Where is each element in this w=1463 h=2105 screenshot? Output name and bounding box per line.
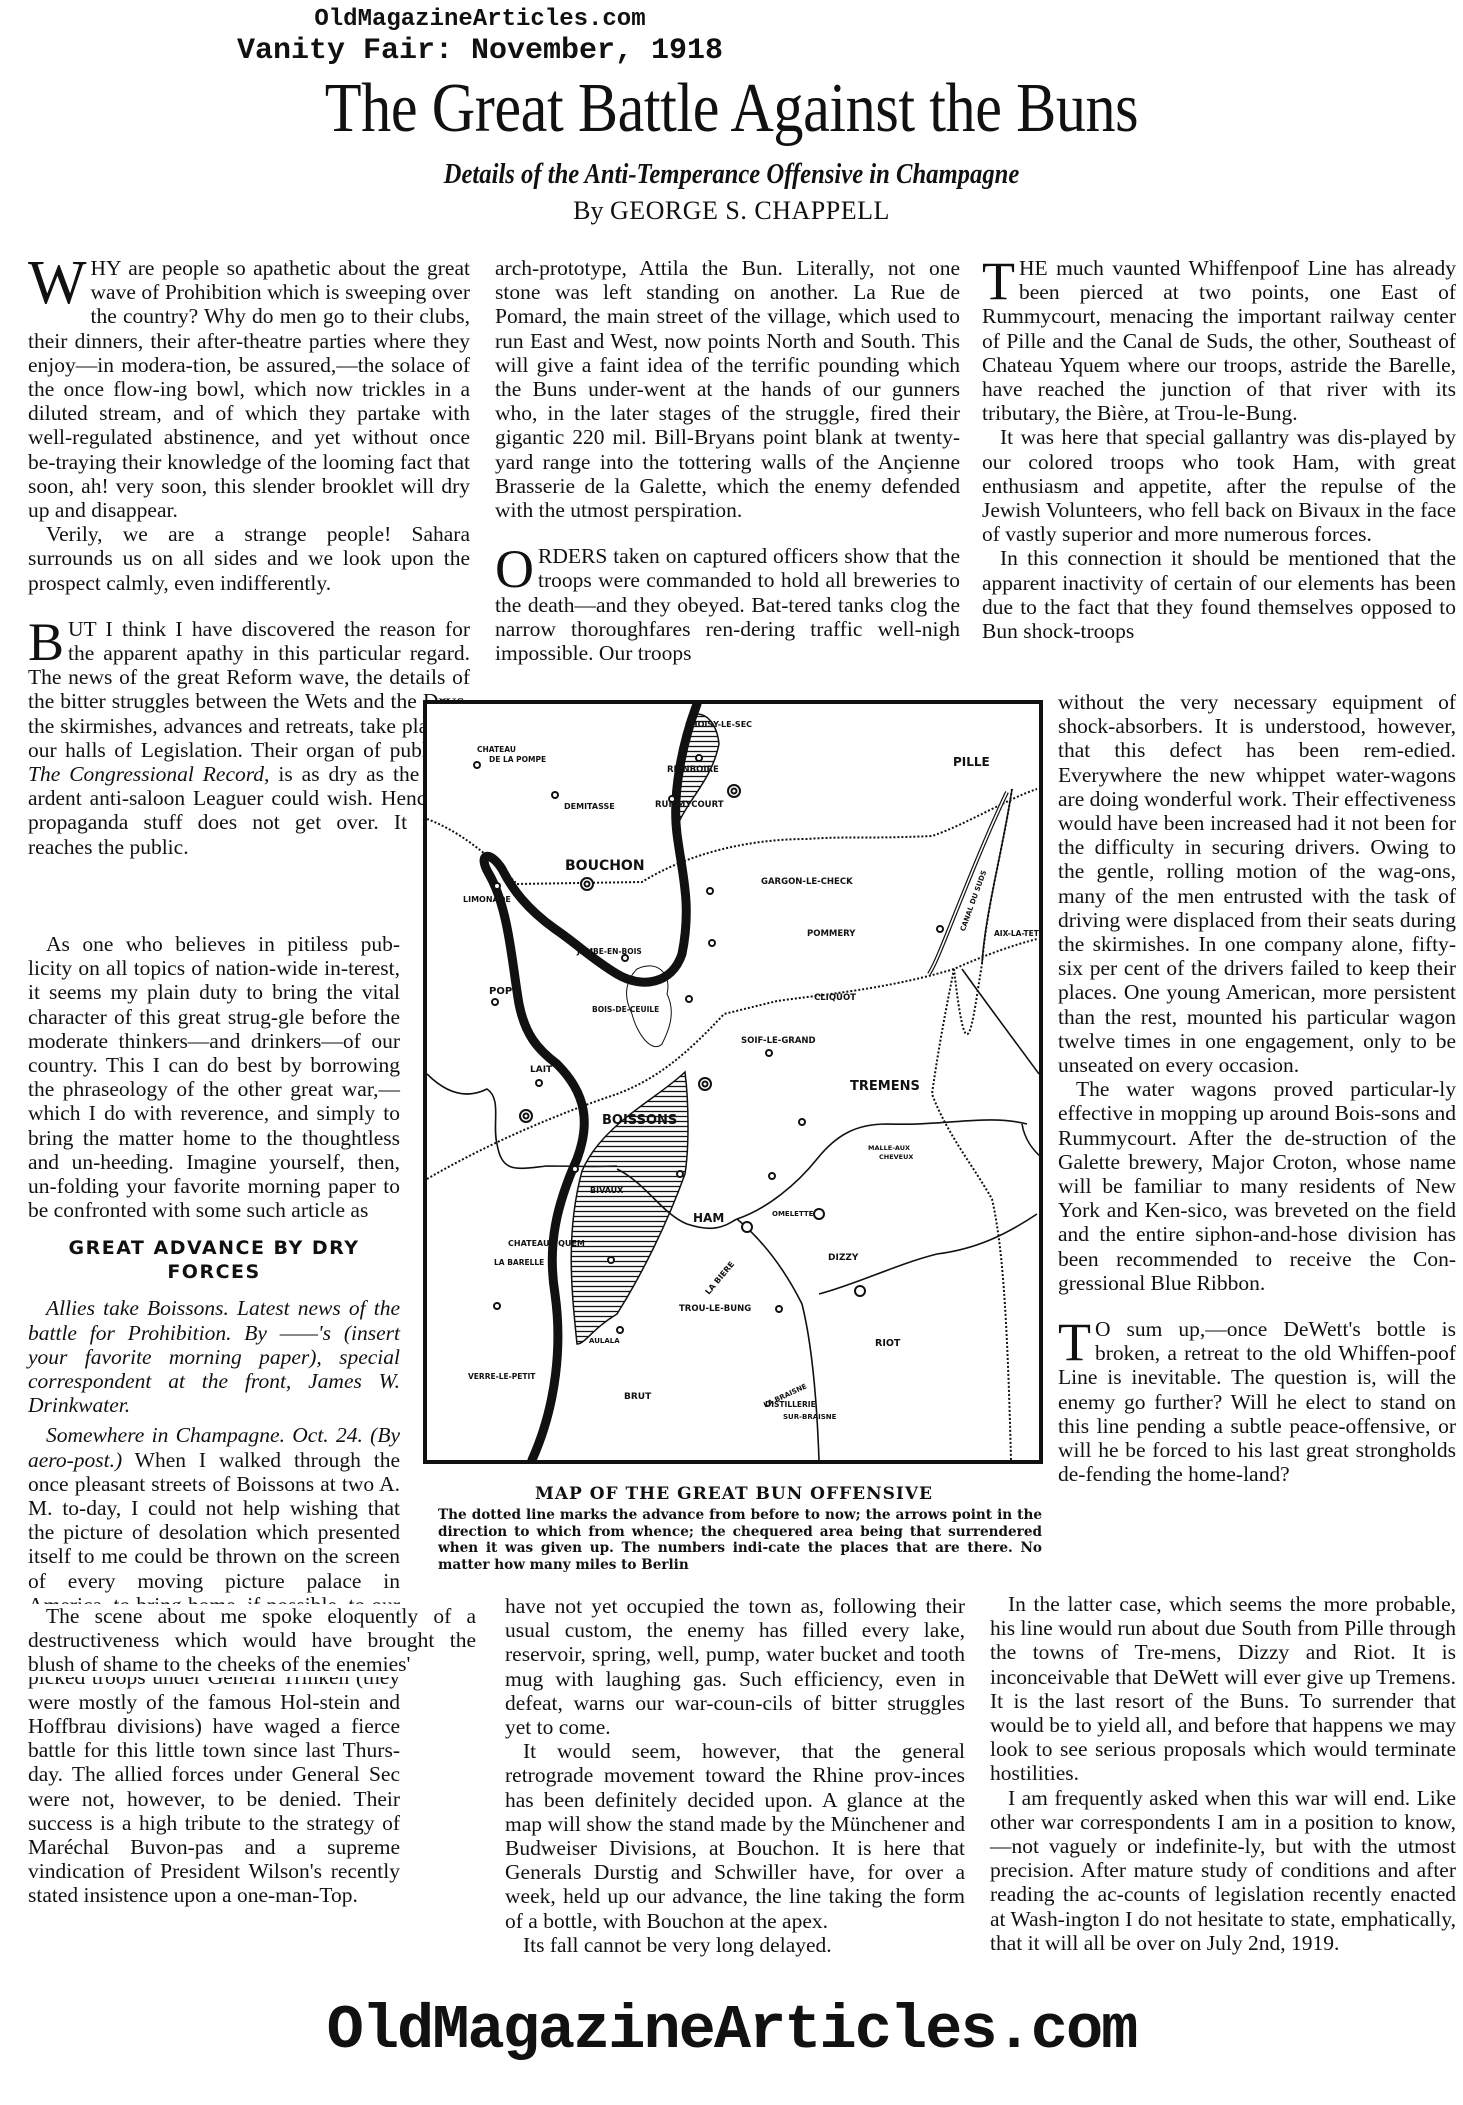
paragraph: without the very necessary equipment of … [1058,690,1456,1077]
map-label: BOIS-DE-CEUILE [592,1005,659,1014]
paragraph: Its fall cannot be very long delayed. [505,1933,965,1957]
publication-line: Vanity Fair: November, 1918 [0,34,960,68]
map-label: RIENBOIRE [667,765,719,775]
map-label: CHATEAU [477,745,516,754]
paragraph-text: HY are people so apathetic about the gre… [28,256,470,522]
drop-cap: W [28,258,91,308]
italic-text: The Congressional Record, [28,762,269,786]
section-headline: GREAT ADVANCE BY DRY FORCES [28,1236,400,1284]
paragraph: TO sum up,—once DeWett's bottle is broke… [1058,1317,1456,1486]
map-label: LIMONADE [463,895,511,904]
map-label: CHEVEUX [879,1153,913,1161]
map-label: DE LA POMPE [489,755,546,764]
drop-cap: T [982,258,1019,304]
map-label: DIZZY [828,1253,859,1263]
map-label: RUMMYCOURT [655,800,724,810]
drop-cap: O [495,546,538,592]
map-label: LA BIERE [703,1260,736,1297]
paragraph-text: UT I think I have discovered the reason … [28,617,470,762]
map-label: SOIF-LE-GRAND [741,1036,816,1046]
byline: By GEORGE S. CHAPPELL [0,196,1463,226]
site-watermark-top: OldMagazineArticles.com [0,6,960,33]
byline-author: GEORGE S. CHAPPELL [610,196,890,225]
column-1-top: WHY are people so apathetic about the gr… [28,256,470,859]
paragraph: have not yet occupied the town as, follo… [505,1594,965,1739]
article-title: The Great Battle Against the Buns [102,68,1360,150]
map-label: CANAL DU SUDS [959,869,988,932]
drop-cap: B [28,619,68,665]
paragraph: Verily, we are a strange people! Sahara … [28,522,470,595]
column-2-bottom: have not yet occupied the town as, follo… [505,1594,965,1957]
paragraph: As one who believes in pitiless pub-lici… [28,932,400,1222]
paragraph-text: O sum up,—once DeWett's bottle is broken… [1058,1317,1456,1486]
map-label: LAIT [530,1065,553,1075]
column-3-top: THE much vaunted Whiffenpoof Line has al… [982,256,1456,643]
paragraph: The scene about me spoke eloquently of a… [28,1604,476,1677]
map-label: BOISSONS [602,1113,677,1128]
paragraph: I am frequently asked when this war will… [990,1786,1456,1955]
paragraph: ORDERS taken on captured officers show t… [495,544,960,665]
map-label: HAM [693,1211,724,1225]
map-label: RIOT [875,1338,901,1349]
paragraph: In this connection it should be mentione… [982,546,1456,643]
map-label: VERRE-LE-PETIT [468,1372,536,1381]
map-caption-body: The dotted line marks the advance from b… [438,1507,1042,1573]
map-illustration: CHOISY-LE-SEC CHATEAU DE LA POMPE RIENBO… [427,704,1039,1460]
column-3-middle: without the very necessary equipment of … [1058,690,1456,1487]
map-label: BIVAUX [590,1186,624,1195]
paragraph: Allies take Boissons. Latest news of the… [28,1296,400,1417]
map-label: CHOISY-LE-SEC [685,720,752,729]
column-3-bottom: In the latter case, which seems the more… [990,1592,1456,1955]
map-label: MALLE-AUX [868,1144,910,1152]
map-caption-title: MAP OF THE GREAT BUN OFFENSIVE [423,1484,1045,1504]
paragraph-text: HE much vaunted Whiffenpoof Line has alr… [982,256,1456,425]
map-label: LA BARELLE [494,1258,544,1267]
map-label: JAMBE-EN-BOIS [576,947,642,956]
paragraph: BUT I think I have discovered the reason… [28,617,470,859]
map-label: SUR-BRAISNE [783,1413,837,1421]
paragraph: THE much vaunted Whiffenpoof Line has al… [982,256,1456,425]
paragraph: arch-prototype, Attila the Bun. Literall… [495,256,960,522]
paragraph-text: RDERS taken on captured officers show th… [495,544,960,665]
column-1-middle: As one who believes in pitiless pub-lici… [28,932,400,1908]
map-label: BRUT [624,1392,652,1402]
map-label: TROU-LE-BUNG [679,1304,751,1314]
map-label: AIX-LA-TETE [994,929,1039,938]
battle-map: CHOISY-LE-SEC CHATEAU DE LA POMPE RIENBO… [423,700,1043,1464]
map-label: DISTILLERIE [765,1400,816,1409]
byline-prefix: By [573,196,603,225]
map-label: POMMERY [807,929,856,939]
paragraph: It was here that special gallantry was d… [982,425,1456,546]
map-label: OMELETTE [772,1210,814,1218]
map-label: DEMITASSE [564,802,615,811]
paragraph: The water wagons proved particular-ly ef… [1058,1077,1456,1295]
map-label: POP [489,986,512,997]
column-2-top: arch-prototype, Attila the Bun. Literall… [495,256,960,665]
paragraph-text: When I walked through the once pleasant … [28,1448,400,1908]
paragraph: WHY are people so apathetic about the gr… [28,256,470,522]
map-label: PILLE [953,755,990,769]
map-label: AULALA [589,1337,620,1345]
map-label: GARGON-LE-CHECK [761,877,853,887]
site-watermark-bottom: OldMagazineArticles.com [0,1995,1463,2066]
map-label: CLIQUOT [814,993,856,1003]
map-label: TREMENS [850,1079,920,1094]
column-1-bottom: The scene about me spoke eloquently of a… [28,1604,476,1677]
paragraph: It would seem, however, that the general… [505,1739,965,1933]
map-label: CHATEAU YQUEM [508,1239,585,1248]
map-label: BOUCHON [565,858,645,874]
drop-cap: T [1058,1319,1095,1365]
article-subtitle: Details of the Anti-Temperance Offensive… [110,158,1354,191]
paragraph: In the latter case, which seems the more… [990,1592,1456,1786]
